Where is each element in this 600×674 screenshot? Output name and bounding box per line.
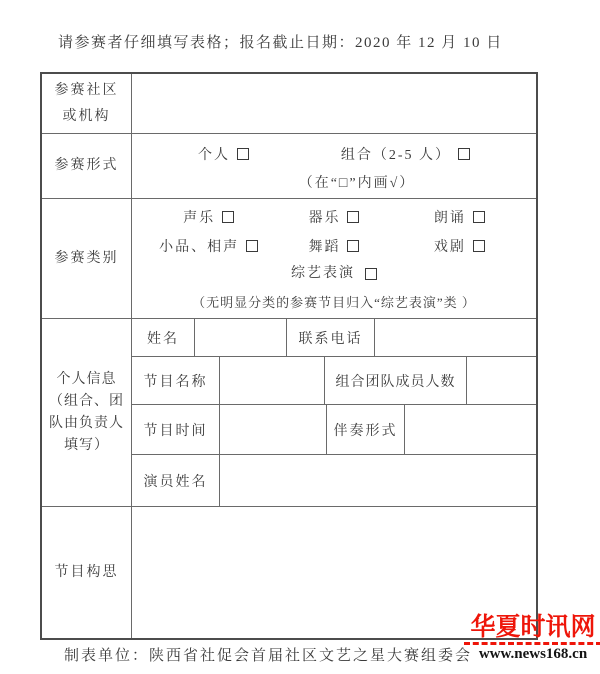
form-issuer: 制表单位：陕西省社促会首届社区文艺之星大赛组委会	[64, 644, 472, 665]
category-options-line2: 小品、相声 舞蹈 戏剧	[132, 231, 536, 260]
registration-form-page: 请参赛者仔细填写表格；报名截止日期：2020 年 12 月 10 日 参赛社区 …	[0, 0, 600, 674]
watermark-site-url: www.news168.cn	[464, 646, 600, 663]
performers-input-cell[interactable]	[220, 455, 536, 506]
program-time-label: 节目时间	[132, 405, 220, 454]
category-content: 声乐 器乐 朗诵 小品、相声	[132, 199, 536, 318]
recitation-checkbox[interactable]	[473, 211, 485, 223]
instrumental-checkbox[interactable]	[347, 211, 359, 223]
vocal-option-label: 声乐	[183, 207, 215, 227]
name-phone-row: 姓名 联系电话	[132, 319, 536, 357]
team-size-input-cell[interactable]	[467, 357, 536, 404]
recitation-option-label: 朗诵	[434, 207, 466, 227]
accompaniment-label: 伴奏形式	[327, 405, 405, 454]
site-watermark: 华夏时讯网 www.news168.cn	[464, 613, 600, 663]
accompaniment-input-cell[interactable]	[405, 405, 536, 454]
participation-options: 个人 组合（2-5 人）	[132, 138, 536, 170]
drama-option-label: 戏剧	[434, 236, 466, 256]
watermark-site-name: 华夏时讯网	[464, 613, 600, 645]
instrumental-option: 器乐	[308, 207, 359, 227]
program-time-row: 节目时间 伴奏形式	[132, 405, 536, 455]
variety-show-checkbox[interactable]	[365, 268, 377, 280]
dance-checkbox[interactable]	[347, 240, 359, 252]
form-instructions: 请参赛者仔细填写表格；报名截止日期：2020 年 12 月 10 日	[58, 31, 503, 52]
phone-input-cell[interactable]	[375, 319, 536, 356]
program-name-row: 节目名称 组合团队成员人数	[132, 357, 536, 405]
group-checkbox[interactable]	[458, 148, 470, 160]
team-size-label: 组合团队成员人数	[325, 357, 467, 404]
category-options-line3: 综艺表演	[132, 260, 536, 288]
row-program-concept: 节目构思	[42, 507, 536, 638]
sketch-crosstalk-option: 小品、相声	[159, 236, 258, 256]
group-option: 组合（2-5 人）	[341, 144, 470, 164]
row-participation-form: 参赛形式 个人 组合（2-5 人） （在“□”内画√）	[42, 134, 536, 199]
name-input-cell[interactable]	[195, 319, 287, 356]
individual-checkbox[interactable]	[237, 148, 249, 160]
individual-option-label: 个人	[198, 144, 230, 164]
name-label: 姓名	[132, 319, 195, 356]
group-option-label: 组合（2-5 人）	[341, 144, 451, 164]
performers-row: 演员姓名	[132, 455, 536, 506]
category-options-line1: 声乐 器乐 朗诵	[132, 202, 536, 231]
personal-info-label: 个人信息 （组合、团 队由负责人 填写）	[42, 319, 132, 506]
individual-option: 个人	[198, 144, 249, 164]
drama-option: 戏剧	[434, 236, 485, 256]
participation-form-label: 参赛形式	[42, 134, 132, 198]
personal-info-grid: 姓名 联系电话 节目名称 组合团队成员人数 节目时间 伴奏形式	[132, 319, 536, 506]
dance-option-label: 舞蹈	[308, 236, 340, 256]
program-time-input-cell[interactable]	[220, 405, 327, 454]
recitation-option: 朗诵	[434, 207, 485, 227]
community-input-cell[interactable]	[132, 74, 536, 133]
row-personal-info: 个人信息 （组合、团 队由负责人 填写） 姓名 联系电话 节目名称 组合团队成员…	[42, 319, 536, 507]
sketch-crosstalk-option-label: 小品、相声	[159, 236, 239, 256]
program-name-label: 节目名称	[132, 357, 220, 404]
vocal-checkbox[interactable]	[222, 211, 234, 223]
program-concept-label: 节目构思	[42, 507, 132, 638]
row-community: 参赛社区 或机构	[42, 74, 536, 134]
row-category: 参赛类别 声乐 器乐 朗诵	[42, 199, 536, 319]
checkbox-instruction-note: （在“□”内画√）	[132, 170, 536, 198]
variety-show-option: 综艺表演	[291, 260, 377, 288]
dance-option: 舞蹈	[308, 236, 359, 256]
phone-label: 联系电话	[287, 319, 375, 356]
sketch-crosstalk-checkbox[interactable]	[246, 240, 258, 252]
participation-form-content: 个人 组合（2-5 人） （在“□”内画√）	[132, 134, 536, 198]
community-label: 参赛社区 或机构	[42, 74, 132, 133]
category-note: （无明显分类的参赛节目归入“综艺表演”类 ）	[132, 288, 536, 316]
performers-label: 演员姓名	[132, 455, 220, 506]
registration-table: 参赛社区 或机构 参赛形式 个人 组合（2-5 人） （在“□”内画√）	[40, 72, 538, 640]
category-label: 参赛类别	[42, 199, 132, 318]
instrumental-option-label: 器乐	[308, 207, 340, 227]
variety-show-option-label: 综艺表演	[291, 260, 355, 288]
program-name-input-cell[interactable]	[220, 357, 325, 404]
drama-checkbox[interactable]	[473, 240, 485, 252]
vocal-option: 声乐	[183, 207, 234, 227]
